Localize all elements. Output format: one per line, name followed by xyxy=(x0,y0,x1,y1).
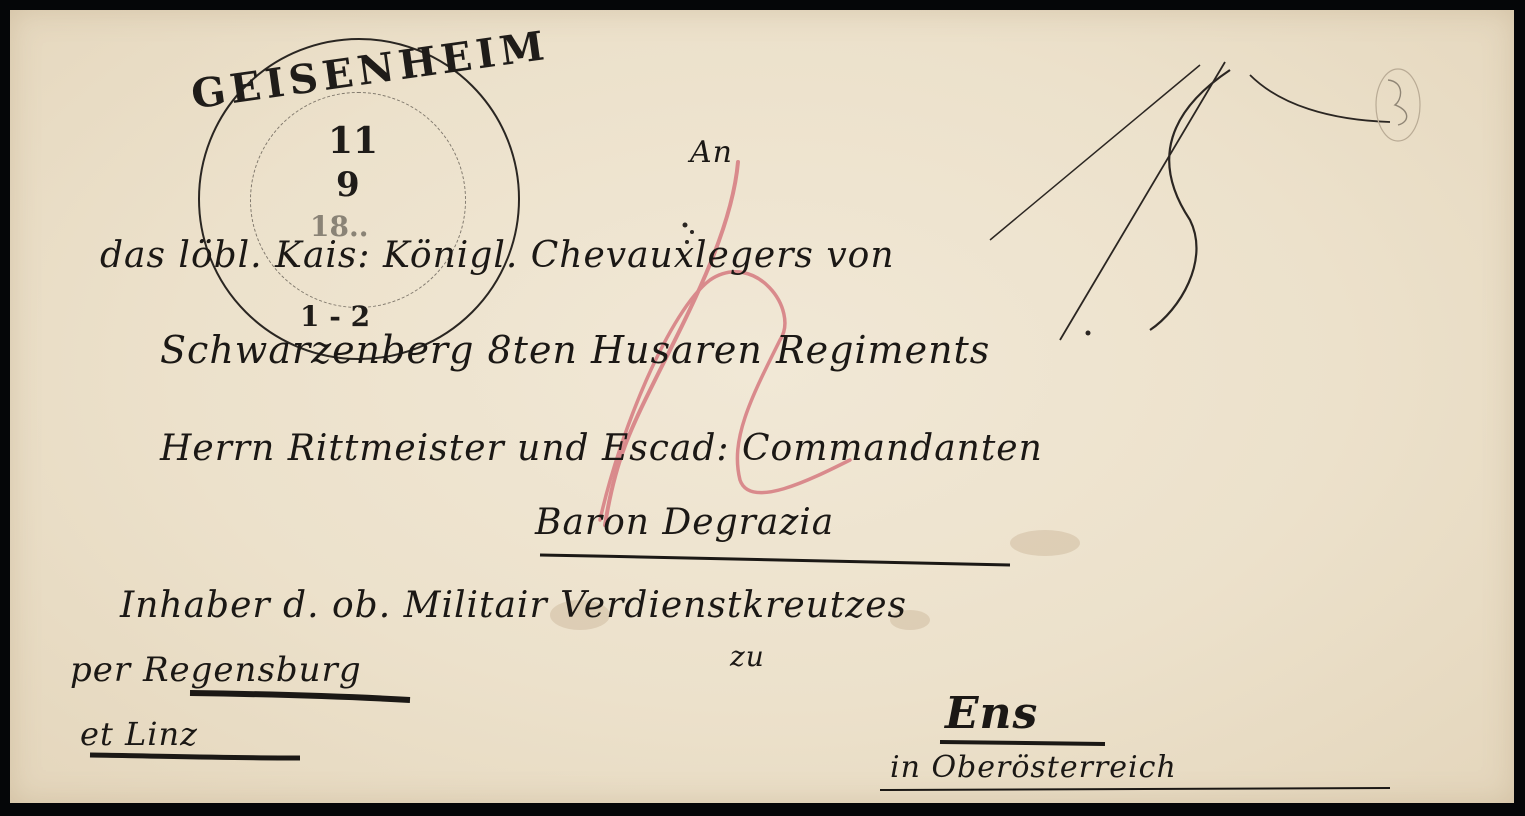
address-line-zu: zu xyxy=(730,640,765,673)
address-salutation: An xyxy=(690,135,733,170)
address-line-name: Baron Degrazia xyxy=(535,502,834,543)
address-line-1: das löbl. Kais: Königl. Chevauxlegers vo… xyxy=(100,235,895,276)
routing-line-2: et Linz xyxy=(80,715,198,753)
address-line-5: Inhaber d. ob. Militair Verdienstkreutze… xyxy=(120,585,907,626)
address-line-2: Schwarzenberg 8ten Husaren Regiments xyxy=(160,328,990,372)
routing-line-1: per Regensburg xyxy=(70,650,362,690)
postmark-month: 9 xyxy=(336,165,360,205)
envelope-cover: GEISENHEIM 11 9 18.. 1 - 2 An das löbl. … xyxy=(10,10,1514,803)
address-destination: Ens xyxy=(945,688,1038,739)
postmark-day: 11 xyxy=(328,120,378,162)
address-line-3: Herrn Rittmeister und Escad: Commandante… xyxy=(160,428,1043,469)
address-region: in Oberösterreich xyxy=(890,750,1177,785)
